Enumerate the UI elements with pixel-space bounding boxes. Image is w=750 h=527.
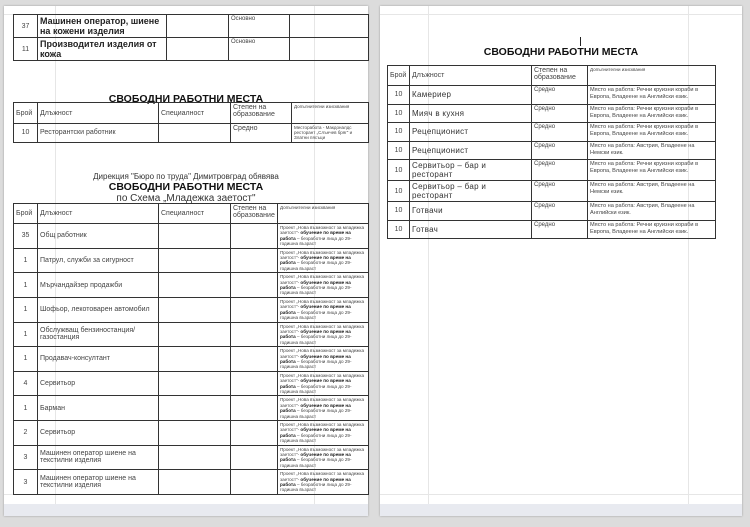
table-row: 10ГотвачСредноМясто на работа: Речни кру… bbox=[388, 220, 716, 239]
cell-specialty bbox=[159, 470, 231, 495]
cell-education: Средно bbox=[532, 141, 588, 160]
cell-education bbox=[231, 347, 278, 372]
cell-education bbox=[231, 421, 278, 446]
cell-position: Производител изделия от кожа bbox=[38, 38, 167, 61]
cell-notes: Проект „Нова възможност за младежка зает… bbox=[278, 224, 369, 249]
cell-education: Средно bbox=[532, 181, 588, 202]
cell-specialty bbox=[167, 15, 229, 38]
header-specialty: Специалност bbox=[159, 103, 231, 124]
header-position: Длъжност bbox=[38, 204, 159, 224]
cell-notes: Месторабота - Макдоналдс ресторант „Слън… bbox=[292, 124, 369, 143]
margin-guide bbox=[380, 494, 742, 495]
cell-position: Ресторантски работник bbox=[38, 124, 159, 143]
header-count: Брой bbox=[14, 204, 38, 224]
table-row: 10РецепционистСредноМясто на работа: Реч… bbox=[388, 123, 716, 142]
table-row: 3Машинен оператор шиене на текстилни изд… bbox=[14, 470, 369, 495]
cell-notes: Проект „Нова възможност за младежка зает… bbox=[278, 347, 369, 372]
cell-count: 10 bbox=[388, 104, 410, 123]
table-row: 1Патрул, служби за сигурностПроект „Нова… bbox=[14, 248, 369, 273]
cell-position: Мияч в кухня bbox=[410, 104, 532, 123]
cell-position: Сервитьор bbox=[38, 421, 159, 446]
margin-guide bbox=[380, 14, 742, 15]
cell-specialty bbox=[159, 273, 231, 298]
vacancies-table-2: Брой Длъжност Специалност Степен на обра… bbox=[13, 203, 369, 495]
cell-count: 10 bbox=[388, 141, 410, 160]
cell-education bbox=[231, 445, 278, 470]
cell-notes: Място на работа: Речни круизни кораби в … bbox=[588, 123, 716, 142]
cell-count: 10 bbox=[388, 202, 410, 221]
cell-education bbox=[231, 248, 278, 273]
section-title: СВОБОДНИ РАБОТНИ МЕСТА bbox=[380, 46, 742, 58]
text-cursor bbox=[580, 37, 581, 46]
cell-notes: Място на работа: Речни круизни кораби в … bbox=[588, 160, 716, 181]
cell-specialty bbox=[159, 248, 231, 273]
cell-specialty bbox=[159, 421, 231, 446]
table-row: 1Шофьор, лекотоварен автомобилПроект „Но… bbox=[14, 297, 369, 322]
cell-position: Патрул, служби за сигурност bbox=[38, 248, 159, 273]
table-row: 10Сервитьор – бар и ресторантСредноМясто… bbox=[388, 160, 716, 181]
cell-notes: Място на работа: Австрия, Владеене на Ан… bbox=[588, 202, 716, 221]
cell-education: Средно bbox=[231, 124, 292, 143]
cell-education: Основно bbox=[229, 38, 290, 61]
cell-notes: Място на работа: Речни круизни кораби в … bbox=[588, 86, 716, 105]
cell-count: 11 bbox=[14, 38, 38, 61]
cell-specialty bbox=[159, 371, 231, 396]
page-bottom-strip bbox=[380, 504, 742, 516]
cell-notes: Проект „Нова възможност за младежка зает… bbox=[278, 421, 369, 446]
table-row: 1Продавач-консултантПроект „Нова възможн… bbox=[14, 347, 369, 372]
cell-notes: Проект „Нова възможност за младежка зает… bbox=[278, 273, 369, 298]
cell-position: Рецепционист bbox=[410, 123, 532, 142]
cell-specialty bbox=[159, 224, 231, 249]
cell-specialty bbox=[159, 347, 231, 372]
header-specialty: Специалност bbox=[159, 204, 231, 224]
cell-education: Средно bbox=[532, 86, 588, 105]
section-title: СВОБОДНИ РАБОТНИ МЕСТА bbox=[4, 181, 368, 193]
cell-count: 10 bbox=[388, 123, 410, 142]
cell-position: Камериер bbox=[410, 86, 532, 105]
table-row: 10 Ресторантски работник Средно Местораб… bbox=[14, 124, 369, 143]
cell-count: 1 bbox=[14, 297, 38, 322]
cell-notes: Място на работа: Австрия, Владеене на Не… bbox=[588, 181, 716, 202]
cell-position: Машинен оператор шиене на текстилни изде… bbox=[38, 445, 159, 470]
cell-count: 35 bbox=[14, 224, 38, 249]
cell-notes: Място на работа: Австрия, Владеене на Не… bbox=[588, 141, 716, 160]
cell-education bbox=[231, 273, 278, 298]
table-row: 10ГотвачиСредноМясто на работа: Австрия,… bbox=[388, 202, 716, 221]
cell-position: Готвачи bbox=[410, 202, 532, 221]
cell-position: Машинен оператор, шиене на кожени издели… bbox=[38, 15, 167, 38]
cell-position: Сервитьор – бар и ресторант bbox=[410, 181, 532, 202]
cell-position: Готвач bbox=[410, 220, 532, 239]
table-row: 10Сервитьор – бар и ресторантСредноМясто… bbox=[388, 181, 716, 202]
cell-count: 1 bbox=[14, 396, 38, 421]
cell-notes: Проект „Нова възможност за младежка зает… bbox=[278, 297, 369, 322]
header-education: Степен на образование bbox=[532, 66, 588, 86]
cell-education: Средно bbox=[532, 220, 588, 239]
page-bottom-strip bbox=[4, 504, 368, 516]
cell-specialty bbox=[159, 396, 231, 421]
table-row: 10Мияч в кухняСредноМясто на работа: Реч… bbox=[388, 104, 716, 123]
cell-count: 1 bbox=[14, 248, 38, 273]
header-notes: Допълнителни изисквания bbox=[278, 204, 369, 224]
cell-education bbox=[231, 470, 278, 495]
cell-position: Барман bbox=[38, 396, 159, 421]
cell-count: 10 bbox=[388, 160, 410, 181]
cell-position: Общ работник bbox=[38, 224, 159, 249]
cell-position: Машинен оператор шиене на текстилни изде… bbox=[38, 470, 159, 495]
document-page-right: СВОБОДНИ РАБОТНИ МЕСТА Брой Длъжност Сте… bbox=[380, 6, 742, 516]
vacancies-table-3: Брой Длъжност Степен на образование Допъ… bbox=[387, 65, 716, 239]
table-row: 11Производител изделия от кожаОсновно bbox=[14, 38, 369, 61]
table-row: 1Мърчандайзер продажбиПроект „Нова възмо… bbox=[14, 273, 369, 298]
cell-education: Средно bbox=[532, 123, 588, 142]
cell-position: Сервитьор bbox=[38, 371, 159, 396]
vacancies-table-1: Брой Длъжност Специалност Степен на обра… bbox=[13, 102, 369, 143]
cell-position: Рецепционист bbox=[410, 141, 532, 160]
cell-education: Средно bbox=[532, 160, 588, 181]
header-notes: Допълнителни изисквания bbox=[292, 103, 369, 124]
cell-notes: Място на работа: Речни круизни кораби в … bbox=[588, 104, 716, 123]
cell-specialty bbox=[159, 322, 231, 347]
header-education: Степен на образование bbox=[231, 103, 292, 124]
cell-specialty bbox=[167, 38, 229, 61]
cell-education bbox=[231, 322, 278, 347]
header-position: Длъжност bbox=[410, 66, 532, 86]
header-notes: Допълнителни изисквания bbox=[588, 66, 716, 86]
cell-count: 3 bbox=[14, 445, 38, 470]
cell-count: 10 bbox=[14, 124, 38, 143]
cell-specialty bbox=[159, 297, 231, 322]
header-count: Брой bbox=[14, 103, 38, 124]
header-education: Степен на образование bbox=[231, 204, 278, 224]
cell-notes: Място на работа: Речни круизни кораби в … bbox=[588, 220, 716, 239]
cell-notes bbox=[290, 15, 369, 38]
cell-specialty bbox=[159, 124, 231, 143]
table-row: 1Обслужващ бензиностанция/газостанцияПро… bbox=[14, 322, 369, 347]
cell-notes: Проект „Нова възможност за младежка зает… bbox=[278, 445, 369, 470]
cell-count: 1 bbox=[14, 273, 38, 298]
cell-position: Шофьор, лекотоварен автомобил bbox=[38, 297, 159, 322]
cell-education bbox=[231, 297, 278, 322]
cell-specialty bbox=[159, 445, 231, 470]
cell-count: 3 bbox=[14, 470, 38, 495]
cell-count: 10 bbox=[388, 181, 410, 202]
cell-position: Продавач-консултант bbox=[38, 347, 159, 372]
document-page-left: 37Машинен оператор, шиене на кожени изде… bbox=[4, 6, 368, 516]
cell-education bbox=[231, 371, 278, 396]
cell-education: Основно bbox=[229, 15, 290, 38]
cell-education: Средно bbox=[532, 202, 588, 221]
cell-count: 1 bbox=[14, 322, 38, 347]
table-row: 35Общ работникПроект „Нова възможност за… bbox=[14, 224, 369, 249]
cell-notes: Проект „Нова възможност за младежка зает… bbox=[278, 322, 369, 347]
cell-notes bbox=[290, 38, 369, 61]
cell-count: 4 bbox=[14, 371, 38, 396]
table-row: 10РецепционистСредноМясто на работа: Авс… bbox=[388, 141, 716, 160]
cell-position: Сервитьор – бар и ресторант bbox=[410, 160, 532, 181]
cell-position: Обслужващ бензиностанция/газостанция bbox=[38, 322, 159, 347]
header-position: Длъжност bbox=[38, 103, 159, 124]
table-row: 1БарманПроект „Нова възможност за младеж… bbox=[14, 396, 369, 421]
cell-count: 10 bbox=[388, 86, 410, 105]
cell-notes: Проект „Нова възможност за младежка зает… bbox=[278, 371, 369, 396]
table-row: 10КамериерСредноМясто на работа: Речни к… bbox=[388, 86, 716, 105]
cell-notes: Проект „Нова възможност за младежка зает… bbox=[278, 248, 369, 273]
announcement-intro: Дирекция "Бюро по труда" Димитровград об… bbox=[4, 172, 368, 181]
cell-education bbox=[231, 224, 278, 249]
cell-education: Средно bbox=[532, 104, 588, 123]
cell-count: 37 bbox=[14, 15, 38, 38]
table-row: 2СервитьорПроект „Нова възможност за мла… bbox=[14, 421, 369, 446]
table-row: 3Машинен оператор шиене на текстилни изд… bbox=[14, 445, 369, 470]
header-count: Брой bbox=[388, 66, 410, 86]
cell-notes: Проект „Нова възможност за младежка зает… bbox=[278, 470, 369, 495]
cell-position: Мърчандайзер продажби bbox=[38, 273, 159, 298]
cell-count: 10 bbox=[388, 220, 410, 239]
table-row: 37Машинен оператор, шиене на кожени изде… bbox=[14, 15, 369, 38]
cell-notes: Проект „Нова възможност за младежка зает… bbox=[278, 396, 369, 421]
cell-count: 1 bbox=[14, 347, 38, 372]
cell-education bbox=[231, 396, 278, 421]
continuation-table: 37Машинен оператор, шиене на кожени изде… bbox=[13, 14, 369, 61]
cell-count: 2 bbox=[14, 421, 38, 446]
table-row: 4СервитьорПроект „Нова възможност за мла… bbox=[14, 371, 369, 396]
